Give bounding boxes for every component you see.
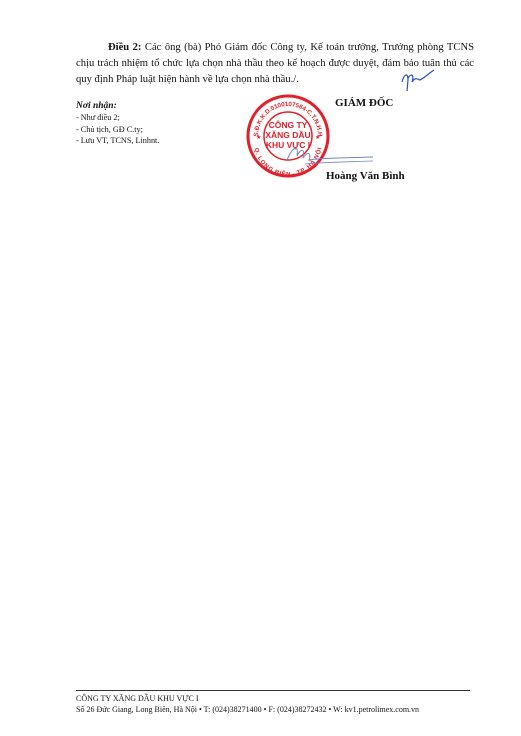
footer-company: CÔNG TY XĂNG DẦU KHU VỰC I	[76, 694, 419, 705]
recipient-item: - Chủ tịch, GĐ C.ty;	[76, 124, 159, 136]
page-footer: CÔNG TY XĂNG DẦU KHU VỰC I Số 26 Đức Gia…	[76, 694, 419, 715]
recipients-title: Nơi nhận:	[76, 100, 159, 112]
signer-name: Hoàng Văn Bình	[326, 170, 405, 182]
stamp-line-1: CÔNG TY	[269, 119, 308, 130]
initial-signature-mark	[398, 66, 438, 92]
footer-divider	[76, 690, 470, 691]
stamp-line-2: XĂNG DẦU	[265, 130, 310, 140]
director-signature	[285, 140, 375, 170]
footer-contact: Số 26 Đức Giang, Long Biên, Hà Nội • T: …	[76, 705, 419, 716]
recipient-item: - Như điều 2;	[76, 112, 159, 124]
recipient-item: - Lưu VT, TCNS, Linhnt.	[76, 135, 159, 147]
recipients-list: Nơi nhận: - Như điều 2; - Chủ tịch, GĐ C…	[76, 100, 159, 147]
signer-position: GIÁM ĐỐC	[335, 97, 393, 109]
article-label: Điều 2:	[108, 42, 141, 53]
svg-text:★: ★	[256, 134, 261, 141]
